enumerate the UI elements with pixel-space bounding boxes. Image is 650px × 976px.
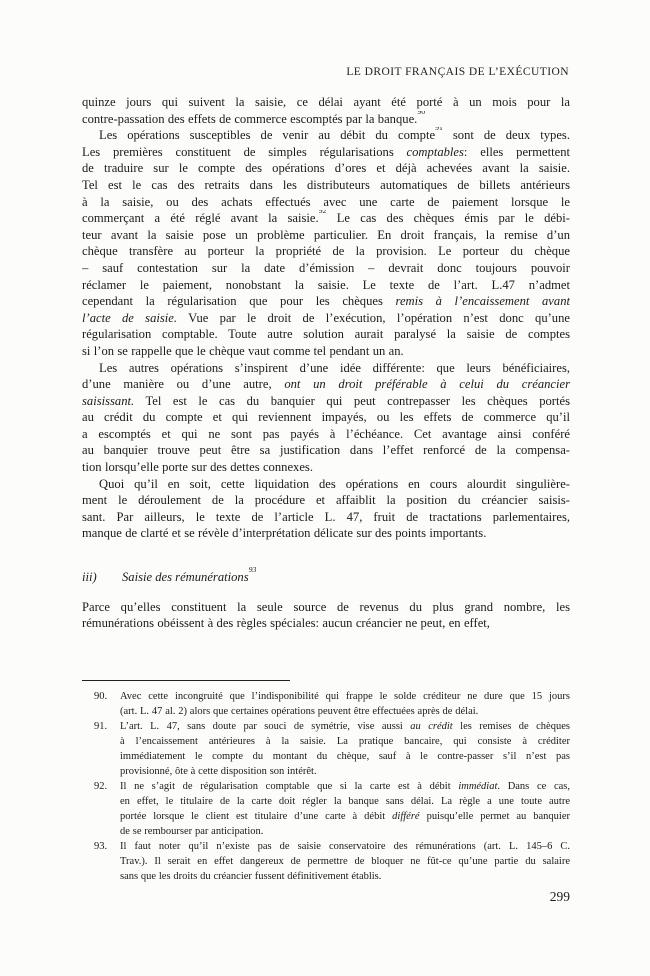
paragraph: quinze jours qui suivent la saisie, ce d…: [82, 94, 570, 127]
footnote-number: 90.: [94, 689, 107, 704]
text-line: réclamer le paiement, nonobstant la sais…: [82, 277, 570, 294]
text-line: au banquier trouve peut être sa justific…: [82, 442, 570, 459]
text-line: ment le déroulement de la procédure et a…: [82, 492, 570, 509]
text-line: au crédit du compte et qui reviennent im…: [82, 409, 570, 426]
text-line: Tel est le cas des retraits dans les dis…: [82, 177, 570, 194]
text-line: si l’on se rappelle que le chèque vaut c…: [82, 343, 570, 360]
footnote-line: à l’encaissement antérieures à la saisie…: [120, 734, 570, 749]
body-text: quinze jours qui suivent la saisie, ce d…: [82, 94, 570, 632]
footnote-line: de se rembourser par anticipation.: [120, 824, 570, 839]
footnote-reference: 92: [319, 210, 327, 215]
footnote-line: (art. L. 47 al. 2) alors que certaines o…: [120, 704, 570, 719]
paragraph: Quoi qu’il en soit, cette liquidation de…: [82, 476, 570, 542]
footnote-line: sans que les droits du créancier fussent…: [120, 869, 570, 884]
paragraph: Parce qu’elles constituent la seule sour…: [82, 599, 570, 632]
text-line: – sauf contestation sur la date d’émissi…: [82, 260, 570, 277]
footnote-line: portée lorsque le client est titulaire d…: [120, 809, 570, 824]
footnote-line: en effet, le titulaire de la carte doit …: [120, 794, 570, 809]
text-line: tion lorsqu’elle porte sur des dettes co…: [82, 459, 570, 476]
text-line: à la saisie, ou des achats effectués ave…: [82, 194, 570, 211]
footnote-line: immédiatement le compte du montant du ch…: [120, 749, 570, 764]
footnote: 92.Il ne s’agit de régularisation compta…: [82, 779, 570, 839]
footnote: 90.Avec cette incongruité que l’indispon…: [82, 689, 570, 719]
paragraph: Les autres opérations s’inspirent d’une …: [82, 360, 570, 476]
footnote: 91.L’art. L. 47, sans doute par souci de…: [82, 719, 570, 779]
text-line: Les premières constituent de simples rég…: [82, 144, 570, 161]
text-line: quinze jours qui suivent la saisie, ce d…: [82, 94, 570, 111]
text-line: l’acte de saisie. Vue par le droit de l’…: [82, 310, 570, 327]
footnote-line: Il faut noter qu’il n’existe pas de sais…: [120, 839, 570, 854]
text-line: Les opérations susceptibles de venir au …: [82, 127, 570, 144]
footnote-reference: 91: [435, 127, 443, 132]
footnotes: 90.Avec cette incongruité que l’indispon…: [82, 689, 570, 884]
text-line: teur avant la saisie pose un problème pa…: [82, 227, 570, 244]
text-line: rémunérations obéissent à des règles spé…: [82, 615, 570, 632]
footnote: 93.Il faut noter qu’il n’existe pas de s…: [82, 839, 570, 884]
section-heading-title: Saisie des rémunérations93: [122, 570, 256, 584]
footnote-line: Trav.). Il serait en effet dangereux de …: [120, 854, 570, 869]
footnote-line: Il ne s’agit de régularisation comptable…: [120, 779, 570, 794]
footnote-line: provisionné, ôte à cette disposition son…: [120, 764, 570, 779]
text-line: Les autres opérations s’inspirent d’une …: [82, 360, 570, 377]
text-line: manque de clarté et se révèle d’interpré…: [82, 525, 570, 542]
footnote-number: 91.: [94, 719, 107, 734]
section-heading: iii)Saisie des rémunérations93: [82, 569, 570, 586]
page-number: 299: [550, 889, 570, 905]
text-line: a escomptés et qui ne sont pas payés à l…: [82, 426, 570, 443]
book-page: LE DROIT FRANÇAIS DE L’EXÉCUTION quinze …: [0, 0, 650, 976]
footnote-number: 93.: [94, 839, 107, 854]
text-line: contre-passation des effets de commerce …: [82, 111, 570, 128]
footnote-number: 92.: [94, 779, 107, 794]
paragraph: Les opérations susceptibles de venir au …: [82, 127, 570, 359]
text-line: Quoi qu’il en soit, cette liquidation de…: [82, 476, 570, 493]
text-line: chèque transfère au porteur la propriété…: [82, 243, 570, 260]
text-line: commerçant a été réglé avant la saisie.9…: [82, 210, 570, 227]
text-line: saisissant. Tel est le cas du banquier q…: [82, 393, 570, 410]
text-line: Parce qu’elles constituent la seule sour…: [82, 599, 570, 616]
text-line: de traduire sur le compte des opérations…: [82, 160, 570, 177]
text-line: régularisation comptable. Toute autre so…: [82, 326, 570, 343]
section-heading-label: iii): [82, 569, 122, 586]
text-line: cependant la régularisation que pour les…: [82, 293, 570, 310]
footnote-separator: [82, 680, 290, 681]
text-line: d’une manière ou d’une autre, ont un dro…: [82, 376, 570, 393]
text-line: sant. Par ailleurs, le texte de l’articl…: [82, 509, 570, 526]
running-header: LE DROIT FRANÇAIS DE L’EXÉCUTION: [346, 66, 569, 78]
footnote-line: L’art. L. 47, sans doute par souci de sy…: [120, 719, 570, 734]
footnote-reference: 90: [417, 111, 425, 116]
footnote-line: Avec cette incongruité que l’indisponibi…: [120, 689, 570, 704]
footnote-reference: 93: [249, 565, 257, 574]
